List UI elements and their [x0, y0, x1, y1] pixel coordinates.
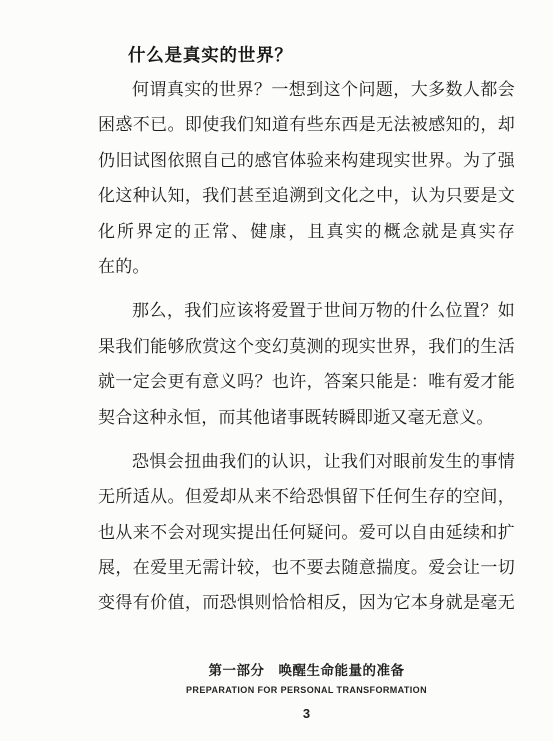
paragraph-line: 果我们能够欣赏这个变幻莫测的现实世界，我们的生活	[98, 329, 515, 364]
paragraph-line: 何谓真实的世界？一想到这个问题，大多数人都会	[98, 72, 515, 107]
book-page: 什么是真实的世界？ 何谓真实的世界？一想到这个问题，大多数人都会 困惑不已。即使…	[0, 0, 553, 741]
page-number: 3	[98, 706, 515, 721]
body-paragraph: 那么，我们应该将爱置于世间万物的什么位置？如 果我们能够欣赏这个变幻莫测的现实世…	[98, 293, 515, 435]
paragraph-line: 展，在爱里无需计较，也不要去随意揣度。爱会让一切	[98, 550, 515, 585]
paragraph-line: 化所界定的正常、健康，且真实的概念就是真实存	[98, 214, 515, 249]
paragraph-line: 无所适从。但爱却从来不给恐惧留下任何生存的空间，	[98, 479, 515, 514]
body-text: 何谓真实的世界？一想到这个问题，大多数人都会 困惑不已。即使我们知道有些东西是无…	[98, 72, 515, 621]
paragraph-line: 契合这种永恒，而其他诸事既转瞬即逝又毫无意义。	[98, 400, 515, 435]
paragraph-line: 困惑不已。即使我们知道有些东西是无法被感知的，却	[98, 107, 515, 142]
paragraph-line: 仍旧试图依照自己的感官体验来构建现实世界。为了强	[98, 143, 515, 178]
paragraph-line: 就一定会更有意义吗？也许，答案只能是：唯有爱才能	[98, 364, 515, 399]
part-title-english: PREPARATION FOR PERSONAL TRANSFORMATION	[98, 685, 515, 695]
paragraph-line: 也从来不会对现实提出任何疑问。爱可以自由延续和扩	[98, 515, 515, 550]
paragraph-line: 化这种认知，我们甚至追溯到文化之中，认为只要是文	[98, 178, 515, 213]
paragraph-line: 那么，我们应该将爱置于世间万物的什么位置？如	[98, 293, 515, 328]
paragraph-line: 恐惧会扭曲我们的认识，让我们对眼前发生的事情	[98, 444, 515, 479]
section-heading: 什么是真实的世界？	[98, 42, 515, 67]
body-paragraph: 恐惧会扭曲我们的认识，让我们对眼前发生的事情 无所适从。但爱却从来不给恐惧留下任…	[98, 444, 515, 621]
part-title-chinese: 第一部分 唤醒生命能量的准备	[98, 659, 515, 679]
body-paragraph: 何谓真实的世界？一想到这个问题，大多数人都会 困惑不已。即使我们知道有些东西是无…	[98, 72, 515, 284]
paragraph-line: 变得有价值，而恐惧则恰恰相反，因为它本身就是毫无	[98, 585, 515, 620]
paragraph-line: 在的。	[98, 249, 515, 284]
